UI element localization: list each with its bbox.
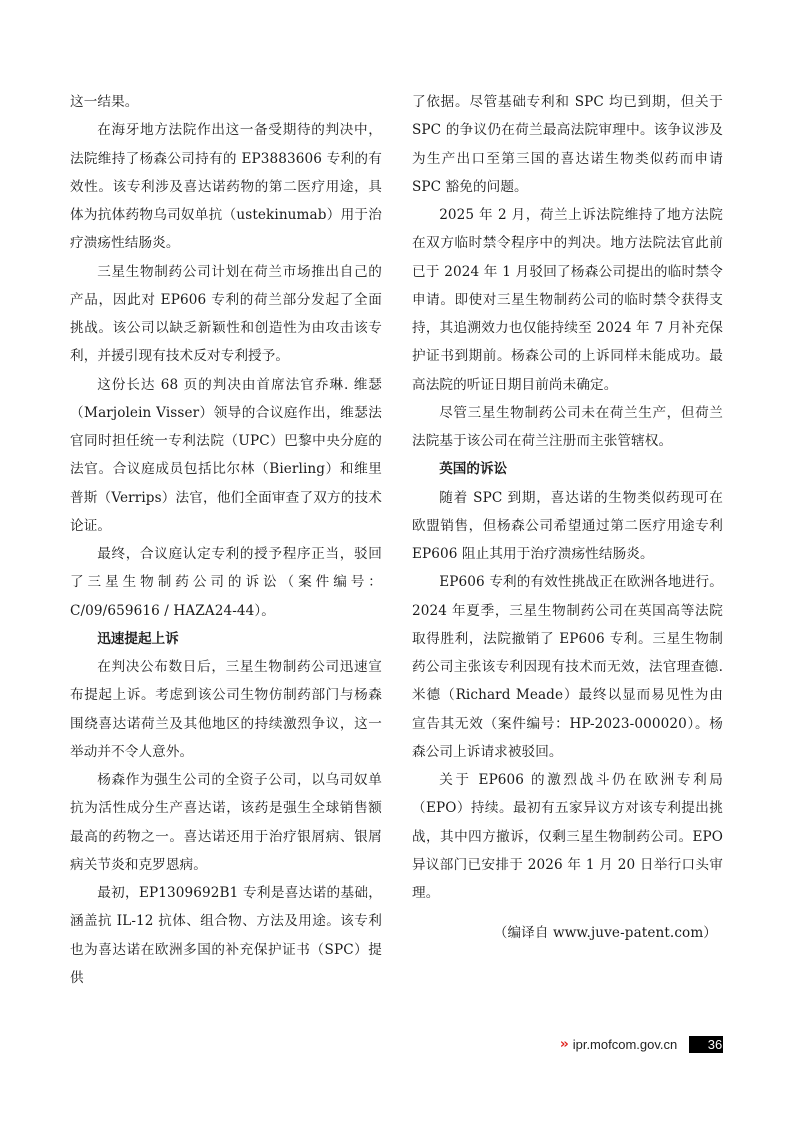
paragraph-uk-high-court: EP606 专利的有效性挑战正在欧洲各地进行。2024 年夏季，三星生物制药公司…	[412, 568, 723, 766]
paragraph-janssen-stelara: 杨森作为强生公司的全资子公司，以乌司奴单抗为活性成分生产喜达诺，该药是强生全球销…	[70, 766, 382, 879]
paragraph-samsung-challenge: 三星生物制药公司计划在荷兰市场推出自己的产品，因此对 EP606 专利的荷兰部分…	[70, 258, 382, 371]
section-heading-uk-litigation: 英国的诉讼	[412, 455, 723, 483]
section-heading-appeal: 迅速提起上诉	[70, 625, 382, 653]
right-column: 了依据。尽管基础专利和 SPC 均已到期，但关于 SPC 的争议仍在荷兰最高法院…	[412, 88, 723, 948]
paragraph-appeal-court: 2025 年 2 月，荷兰上诉法院维持了地方法院在双方临时禁令程序中的判决。地方…	[412, 201, 723, 399]
paragraph-continuation: 这一结果。	[70, 88, 382, 116]
page-footer: ›› ipr.mofcom.gov.cn 36	[560, 1034, 723, 1054]
paragraph-biosimilar-sales: 随着 SPC 到期，喜达诺的生物类似药现可在欧盟销售，但杨森公司希望通过第二医疗…	[412, 484, 723, 569]
double-chevron-icon: ››	[560, 1037, 567, 1052]
left-column: 这一结果。 在海牙地方法院作出这一备受期待的判决中，法院维持了杨森公司持有的 E…	[70, 88, 382, 992]
paragraph-judgment-panel: 这份长达 68 页的判决由首席法官乔琳. 维瑟（Marjolein Visser…	[70, 371, 382, 541]
paragraph-appeal: 在判决公布数日后，三星生物制药公司迅速宣布提起上诉。考虑到该公司生物仿制药部门与…	[70, 653, 382, 766]
paragraph-base-patent: 最初，EP1309692B1 专利是喜达诺的基础，涵盖抗 IL-12 抗体、组合…	[70, 879, 382, 992]
site-url[interactable]: ipr.mofcom.gov.cn	[573, 1037, 678, 1052]
paragraph-hague-ruling: 在海牙地方法院作出这一备受期待的判决中，法院维持了杨森公司持有的 EP38836…	[70, 116, 382, 257]
paragraph-jurisdiction: 尽管三星生物制药公司未在荷兰生产，但荷兰法院基于该公司在荷兰注册而主张管辖权。	[412, 399, 723, 456]
source-attribution: （编译自 www.juve-patent.com）	[412, 919, 723, 947]
page-number: 36	[689, 1036, 723, 1053]
paragraph-spc-dispute: 了依据。尽管基础专利和 SPC 均已到期，但关于 SPC 的争议仍在荷兰最高法院…	[412, 88, 723, 201]
paragraph-epo-opposition: 关于 EP606 的激烈战斗仍在欧洲专利局（EPO）持续。最初有五家异议方对该专…	[412, 766, 723, 907]
paragraph-case-dismissed: 最终，合议庭认定专利的授予程序正当，驳回了三星生物制药公司的诉讼（案件编号：C/…	[70, 540, 382, 625]
